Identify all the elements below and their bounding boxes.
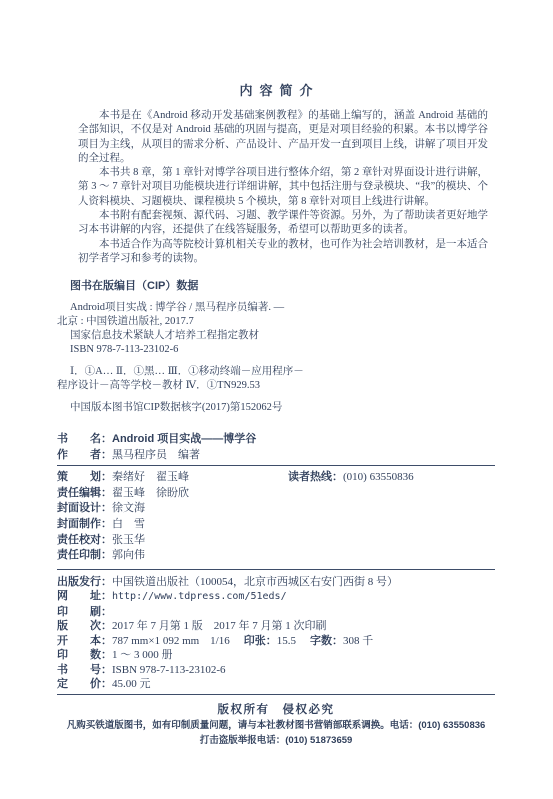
summary-paragraph: 本书附有配套视频、源代码、习题、教学课件等资源。另外，为了帮助读者更好地学习本书… bbox=[78, 209, 488, 238]
cip-classification-line: Ⅰ．①A… Ⅱ．①黑… Ⅲ．①移动终端－应用程序－ bbox=[57, 365, 495, 379]
printer-row: 印 刷： bbox=[57, 605, 495, 620]
cover-design-label: 封面设计： bbox=[57, 501, 112, 517]
cip-record: 中国版本图书馆CIP数据核字(2017)第152062号 bbox=[57, 401, 495, 415]
cover-design-row: 封面设计： 徐文海 bbox=[57, 501, 495, 517]
summary-paragraph: 本书是在《Android 移动开发基础案例教程》的基础上编写的，涵盖 Andro… bbox=[78, 109, 488, 166]
publisher-label: 出版发行： bbox=[57, 575, 112, 590]
publisher-value: 中国铁道出版社（100054，北京市西城区右安门西街 8 号） bbox=[112, 575, 398, 590]
sheets-value: 15.5 bbox=[277, 634, 296, 649]
hotline-label: 读者热线： bbox=[288, 470, 343, 486]
website-value: http://www.tdpress.com/51eds/ bbox=[112, 590, 287, 605]
word-count-value: 308 千 bbox=[343, 634, 373, 649]
format-row: 开 本： 787 mm×1 092 mm 1/16 印张： 15.5 字数： 3… bbox=[57, 634, 495, 649]
planner-label: 策 划： bbox=[57, 470, 112, 486]
price-label: 定 价： bbox=[57, 677, 112, 692]
cip-line: 国家信息技术紧缺人才培养工程指定教材 bbox=[57, 329, 495, 343]
isbn-label: 书 号： bbox=[57, 663, 112, 678]
copyright-notice-section: 版权所有 侵权必究 凡购买铁道版图书，如有印制质量问题，请与本社教材图书营销部联… bbox=[57, 703, 495, 749]
planner-row: 策 划： 秦绪好 翟玉峰 读者热线： (010) 63550836 bbox=[57, 470, 495, 486]
print-run-value: 1 ～ 3 000 册 bbox=[112, 648, 173, 663]
word-count-label: 字数： bbox=[310, 634, 343, 649]
cip-classification-line: 程序设计－高等学校－教材 Ⅳ．①TN929.53 bbox=[57, 379, 495, 393]
author-value: 黑马程序员 编著 bbox=[112, 447, 200, 463]
cip-line: 北京 : 中国铁道出版社, 2017.7 bbox=[57, 315, 495, 329]
cover-production-value: 白 雪 bbox=[112, 517, 145, 533]
divider bbox=[57, 569, 495, 570]
printer-label: 印 刷： bbox=[57, 605, 112, 620]
quality-notice-line: 凡购买铁道版图书，如有印制质量问题，请与本社教材图书营销部联系调换。电话：(01… bbox=[57, 718, 495, 734]
reader-hotline: 读者热线： (010) 63550836 bbox=[288, 470, 414, 486]
edition-row: 版 次： 2017 年 7 月第 1 版 2017 年 7 月第 1 次印刷 bbox=[57, 619, 495, 634]
author-row: 作 者： 黑马程序员 编著 bbox=[57, 447, 495, 463]
hotline-value: (010) 63550836 bbox=[343, 470, 414, 486]
edition-value: 2017 年 7 月第 1 版 2017 年 7 月第 1 次印刷 bbox=[112, 619, 327, 634]
format-value: 787 mm×1 092 mm 1/16 bbox=[112, 634, 230, 649]
copyright-notice-title: 版权所有 侵权必究 bbox=[57, 703, 495, 718]
divider bbox=[57, 465, 495, 466]
website-label: 网 址： bbox=[57, 589, 112, 604]
piracy-hotline-line: 打击盗版举报电话：(010) 51873659 bbox=[57, 733, 495, 749]
website-row: 网 址： http://www.tdpress.com/51eds/ bbox=[57, 589, 495, 605]
cip-data-section: 图书在版编目（CIP）数据 Android项目实战 : 博学谷 / 黑马程序员编… bbox=[57, 279, 495, 415]
edition-label: 版 次： bbox=[57, 619, 112, 634]
isbn-value: ISBN 978-7-113-23102-6 bbox=[112, 663, 226, 678]
cip-isbn-line: ISBN 978-7-113-23102-6 bbox=[57, 343, 495, 357]
editor-row: 责任编辑： 翟玉峰 徐盼欣 bbox=[57, 486, 495, 502]
book-title-value: Android 项目实战——博学谷 bbox=[112, 431, 256, 447]
summary-title: 内容简介 bbox=[57, 84, 495, 98]
author-label: 作 者： bbox=[57, 447, 112, 463]
editor-value: 翟玉峰 徐盼欣 bbox=[112, 486, 189, 502]
isbn-row: 书 号： ISBN 978-7-113-23102-6 bbox=[57, 663, 495, 678]
print-run-label: 印 数： bbox=[57, 648, 112, 663]
proofreader-value: 张玉华 bbox=[112, 533, 145, 549]
book-title-row: 书 名： Android 项目实战——博学谷 bbox=[57, 431, 495, 447]
planner-value: 秦绪好 翟玉峰 bbox=[112, 470, 189, 486]
print-supervisor-row: 责任印制： 郭向伟 bbox=[57, 548, 495, 564]
cover-design-value: 徐文海 bbox=[112, 501, 145, 517]
print-supervisor-label: 责任印制： bbox=[57, 548, 112, 564]
book-title-label: 书 名： bbox=[57, 431, 112, 447]
content-summary-section: 本书是在《Android 移动开发基础案例教程》的基础上编写的，涵盖 Andro… bbox=[78, 109, 488, 266]
publisher-row: 出版发行： 中国铁道出版社（100054，北京市西城区右安门西街 8 号） bbox=[57, 575, 495, 590]
publishing-section: 出版发行： 中国铁道出版社（100054，北京市西城区右安门西街 8 号） 网 … bbox=[57, 575, 495, 692]
proofreader-row: 责任校对： 张玉华 bbox=[57, 533, 495, 549]
copyright-page: 内容简介 本书是在《Android 移动开发基础案例教程》的基础上编写的，涵盖 … bbox=[0, 0, 553, 799]
divider bbox=[57, 694, 495, 695]
book-info-section: 书 名： Android 项目实战——博学谷 作 者： 黑马程序员 编著 bbox=[57, 431, 495, 463]
sheets-label: 印张： bbox=[244, 634, 277, 649]
format-label: 开 本： bbox=[57, 634, 112, 649]
cip-line: Android项目实战 : 博学谷 / 黑马程序员编著. — bbox=[57, 301, 495, 315]
price-value: 45.00 元 bbox=[112, 677, 151, 692]
summary-paragraph: 本书适合作为高等院校计算机相关专业的教材，也可作为社会培训教材，是一本适合初学者… bbox=[78, 238, 488, 267]
proofreader-label: 责任校对： bbox=[57, 533, 112, 549]
staff-section: 策 划： 秦绪好 翟玉峰 读者热线： (010) 63550836 责任编辑： … bbox=[57, 470, 495, 564]
cip-header: 图书在版编目（CIP）数据 bbox=[70, 279, 495, 293]
editor-label: 责任编辑： bbox=[57, 486, 112, 502]
summary-paragraph: 本书共 8 章，第 1 章针对博学谷项目进行整体介绍，第 2 章针对界面设计进行… bbox=[78, 166, 488, 209]
cover-production-label: 封面制作： bbox=[57, 517, 112, 533]
print-run-row: 印 数： 1 ～ 3 000 册 bbox=[57, 648, 495, 663]
cover-production-row: 封面制作： 白 雪 bbox=[57, 517, 495, 533]
price-row: 定 价： 45.00 元 bbox=[57, 677, 495, 692]
print-supervisor-value: 郭向伟 bbox=[112, 548, 145, 564]
